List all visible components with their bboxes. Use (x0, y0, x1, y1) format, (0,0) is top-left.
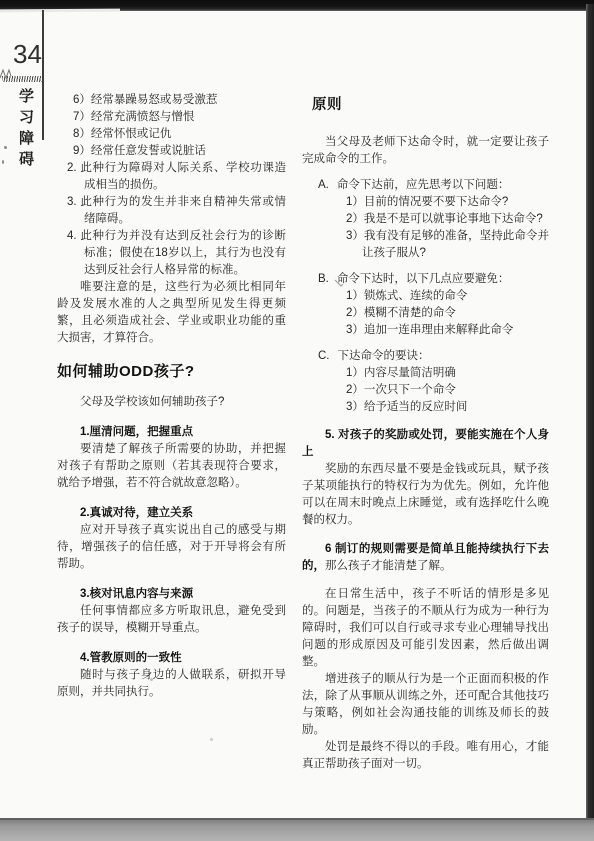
group-item: 2）我是不是可以就事论事地下达命令? (346, 211, 549, 228)
tip-body: 任何事情都应多方听取讯息，避免受到孩子的误导，模糊开导重点。 (57, 603, 286, 637)
scan-speck (4, 146, 7, 149)
left-column: 6）经常暴躁易怒或易受激惹 7）经常充满愤怒与憎恨 8）经常怀恨或记仇 9）经常… (57, 92, 286, 701)
chapter-label-vertical: 学习障碍 (15, 88, 36, 172)
tip-title: 4.管教原则的一致性 (57, 650, 286, 667)
command-group-b: B.命令下达时，以下几点应要避免： 1）锁炼式、连续的命令 2）模糊不清楚的命令… (302, 271, 549, 339)
group-title: A.命令下达前，应先思考以下问题： (318, 177, 549, 194)
tip-block: 3.核对讯息内容与来源 任何事情都应多方听取讯息，避免受到孩子的误导，模糊开导重… (57, 586, 286, 637)
closing-paragraphs: 在日常生活中，孩子不听话的情形是多见的。问题是，当孩子的不顺从行为成为一种行为障… (302, 586, 549, 773)
group-item: 1）锁炼式、连续的命令 (346, 288, 549, 305)
point-6: 6 制订的规则需要是简单且能持续执行下去的，那么孩子才能清楚了解。 (302, 541, 549, 575)
group-label: C. (318, 350, 330, 362)
criteria-sub-item: 9）经常任意发誓或说脏话 (73, 143, 286, 160)
group-title: C.下达命令的要诀： (318, 348, 549, 365)
scan-zigzag-mark (0, 66, 12, 80)
command-group-c: C.下达命令的要诀： 1）内容尽量简洁明确 2）一次只下一个命令 3）给予适当的… (302, 348, 549, 416)
group-title: B.命令下达时，以下几点应要避免： (318, 271, 549, 288)
tip-body: 应对开导孩子真实说出自己的感受与期待，增强孩子的信任感，对于开导将会有所帮助。 (57, 522, 286, 573)
tip-body: 要清楚了解孩子所需要的协助，并把握对孩子有帮助之原则（若其表现符合要求，就给予增… (57, 441, 286, 492)
command-group-a: A.命令下达前，应先思考以下问题： 1）目前的情况要不要下达命令? 2）我是不是… (302, 177, 549, 262)
sidebar-vertical-rule (42, 10, 44, 140)
criteria-sub-item: 8）经常怀恨或记仇 (73, 126, 286, 143)
right-column: 原则 当父母及老师下达命令时，就一定要让孩子完成命令的工作。 A.命令下达前，应… (302, 97, 549, 773)
group-title-text: 命令下达前，应先思考以下问题： (337, 179, 510, 191)
group-title-text: 命令下达时，以下几点应要避免： (337, 273, 510, 285)
scan-edge-top (0, 0, 594, 11)
tip-body: 随时与孩子身边的人做联系，研拟开导原则，并共同执行。 (57, 667, 286, 701)
section-heading: 如何辅助ODD孩子? (57, 363, 286, 380)
note-paragraph: 唯要注意的是，这些行为必须比相同年龄及发展水准的人之典型所见发生得更频繁，且必须… (57, 279, 286, 347)
tip-block: 2.真诚对待，建立关系 应对开导孩子真实说出自己的感受与期待，增强孩子的信任感，… (57, 505, 286, 573)
group-label: A. (318, 179, 329, 191)
group-item: 3）追加一连串理由来解释此命令 (346, 322, 549, 339)
principles-heading: 原则 (312, 97, 549, 114)
point-5: 5. 对孩子的奖励或处罚，要能实施在个人身上 奖励的东西尽量不要是金钱或玩具，赋… (302, 427, 549, 529)
criteria-main-item: 2. 此种行为障碍对人际关系、学校功课造成相当的损伤。 (67, 160, 286, 194)
point-5-body: 奖励的东西尽量不要是金钱或玩具，赋予孩子某项能执行的特权行为为优先。例如，允许他… (302, 461, 549, 529)
page-number: 34 (13, 40, 41, 68)
tip-title: 1.厘清问题，把握重点 (57, 424, 286, 441)
group-item: 1）目前的情况要不要下达命令? (346, 194, 549, 211)
criteria-main-item: 3. 此种行为的发生并非来自精神失常或情绪障碍。 (67, 194, 286, 228)
criteria-sub-item: 7）经常充满愤怒与憎恨 (73, 109, 286, 126)
criteria-sub-item: 6）经常暴躁易怒或易受激惹 (73, 92, 286, 109)
scan-speck (210, 738, 213, 741)
group-title-text: 下达命令的要诀： (338, 350, 430, 362)
closing-paragraph: 在日常生活中，孩子不听话的情形是多见的。问题是，当孩子的不顺从行为成为一种行为障… (302, 586, 549, 671)
tip-title: 2.真诚对待，建立关系 (57, 505, 286, 522)
tip-block: 1.厘清问题，把握重点 要清楚了解孩子所需要的协助，并把握对孩子有帮助之原则（若… (57, 424, 286, 492)
group-item: 2）模糊不清楚的命令 (346, 305, 549, 322)
group-item: 3）我有没有足够的准备，坚持此命令并让孩子服从? (346, 228, 549, 262)
scan-edge-right (586, 4, 594, 820)
group-item: 2）一次只下一个命令 (346, 382, 549, 399)
criteria-main-item: 4. 此种行为并没有达到反社会行为的诊断标准；假使在18岁以上，其行为也没有达到… (67, 228, 286, 279)
group-item: 3）给予适当的反应时间 (346, 399, 549, 416)
section-intro: 父母及学校该如何辅助孩子? (57, 394, 286, 411)
point-6-rest: 那么孩子才能清楚了解。 (325, 560, 452, 572)
closing-paragraph: 处罚是最终不得以的手段。唯有用心，才能真正帮助孩子面对一切。 (302, 739, 549, 773)
principles-intro: 当父母及老师下达命令时，就一定要让孩子完成命令的工作。 (302, 134, 549, 168)
closing-paragraph: 增进孩子的顺从行为是一个正面而积极的作法，除了从事顺从训练之外，还可配合其他技巧… (302, 671, 549, 739)
scanned-book-page: 34 学习障碍 6）经常暴躁易怒或易受激惹 7）经常充满愤怒与憎恨 8）经常怀恨… (0, 0, 594, 841)
scan-edge-bottom (0, 818, 594, 841)
scan-speck (2, 160, 4, 164)
group-item: 1）内容尽量简洁明确 (346, 365, 549, 382)
group-label: B. (318, 273, 329, 285)
point-5-title: 5. 对孩子的奖励或处罚，要能实施在个人身上 (302, 427, 549, 461)
tip-title: 3.核对讯息内容与来源 (57, 586, 286, 603)
tip-block: 4.管教原则的一致性 随时与孩子身边的人做联系，研拟开导原则，并共同执行。 (57, 650, 286, 701)
